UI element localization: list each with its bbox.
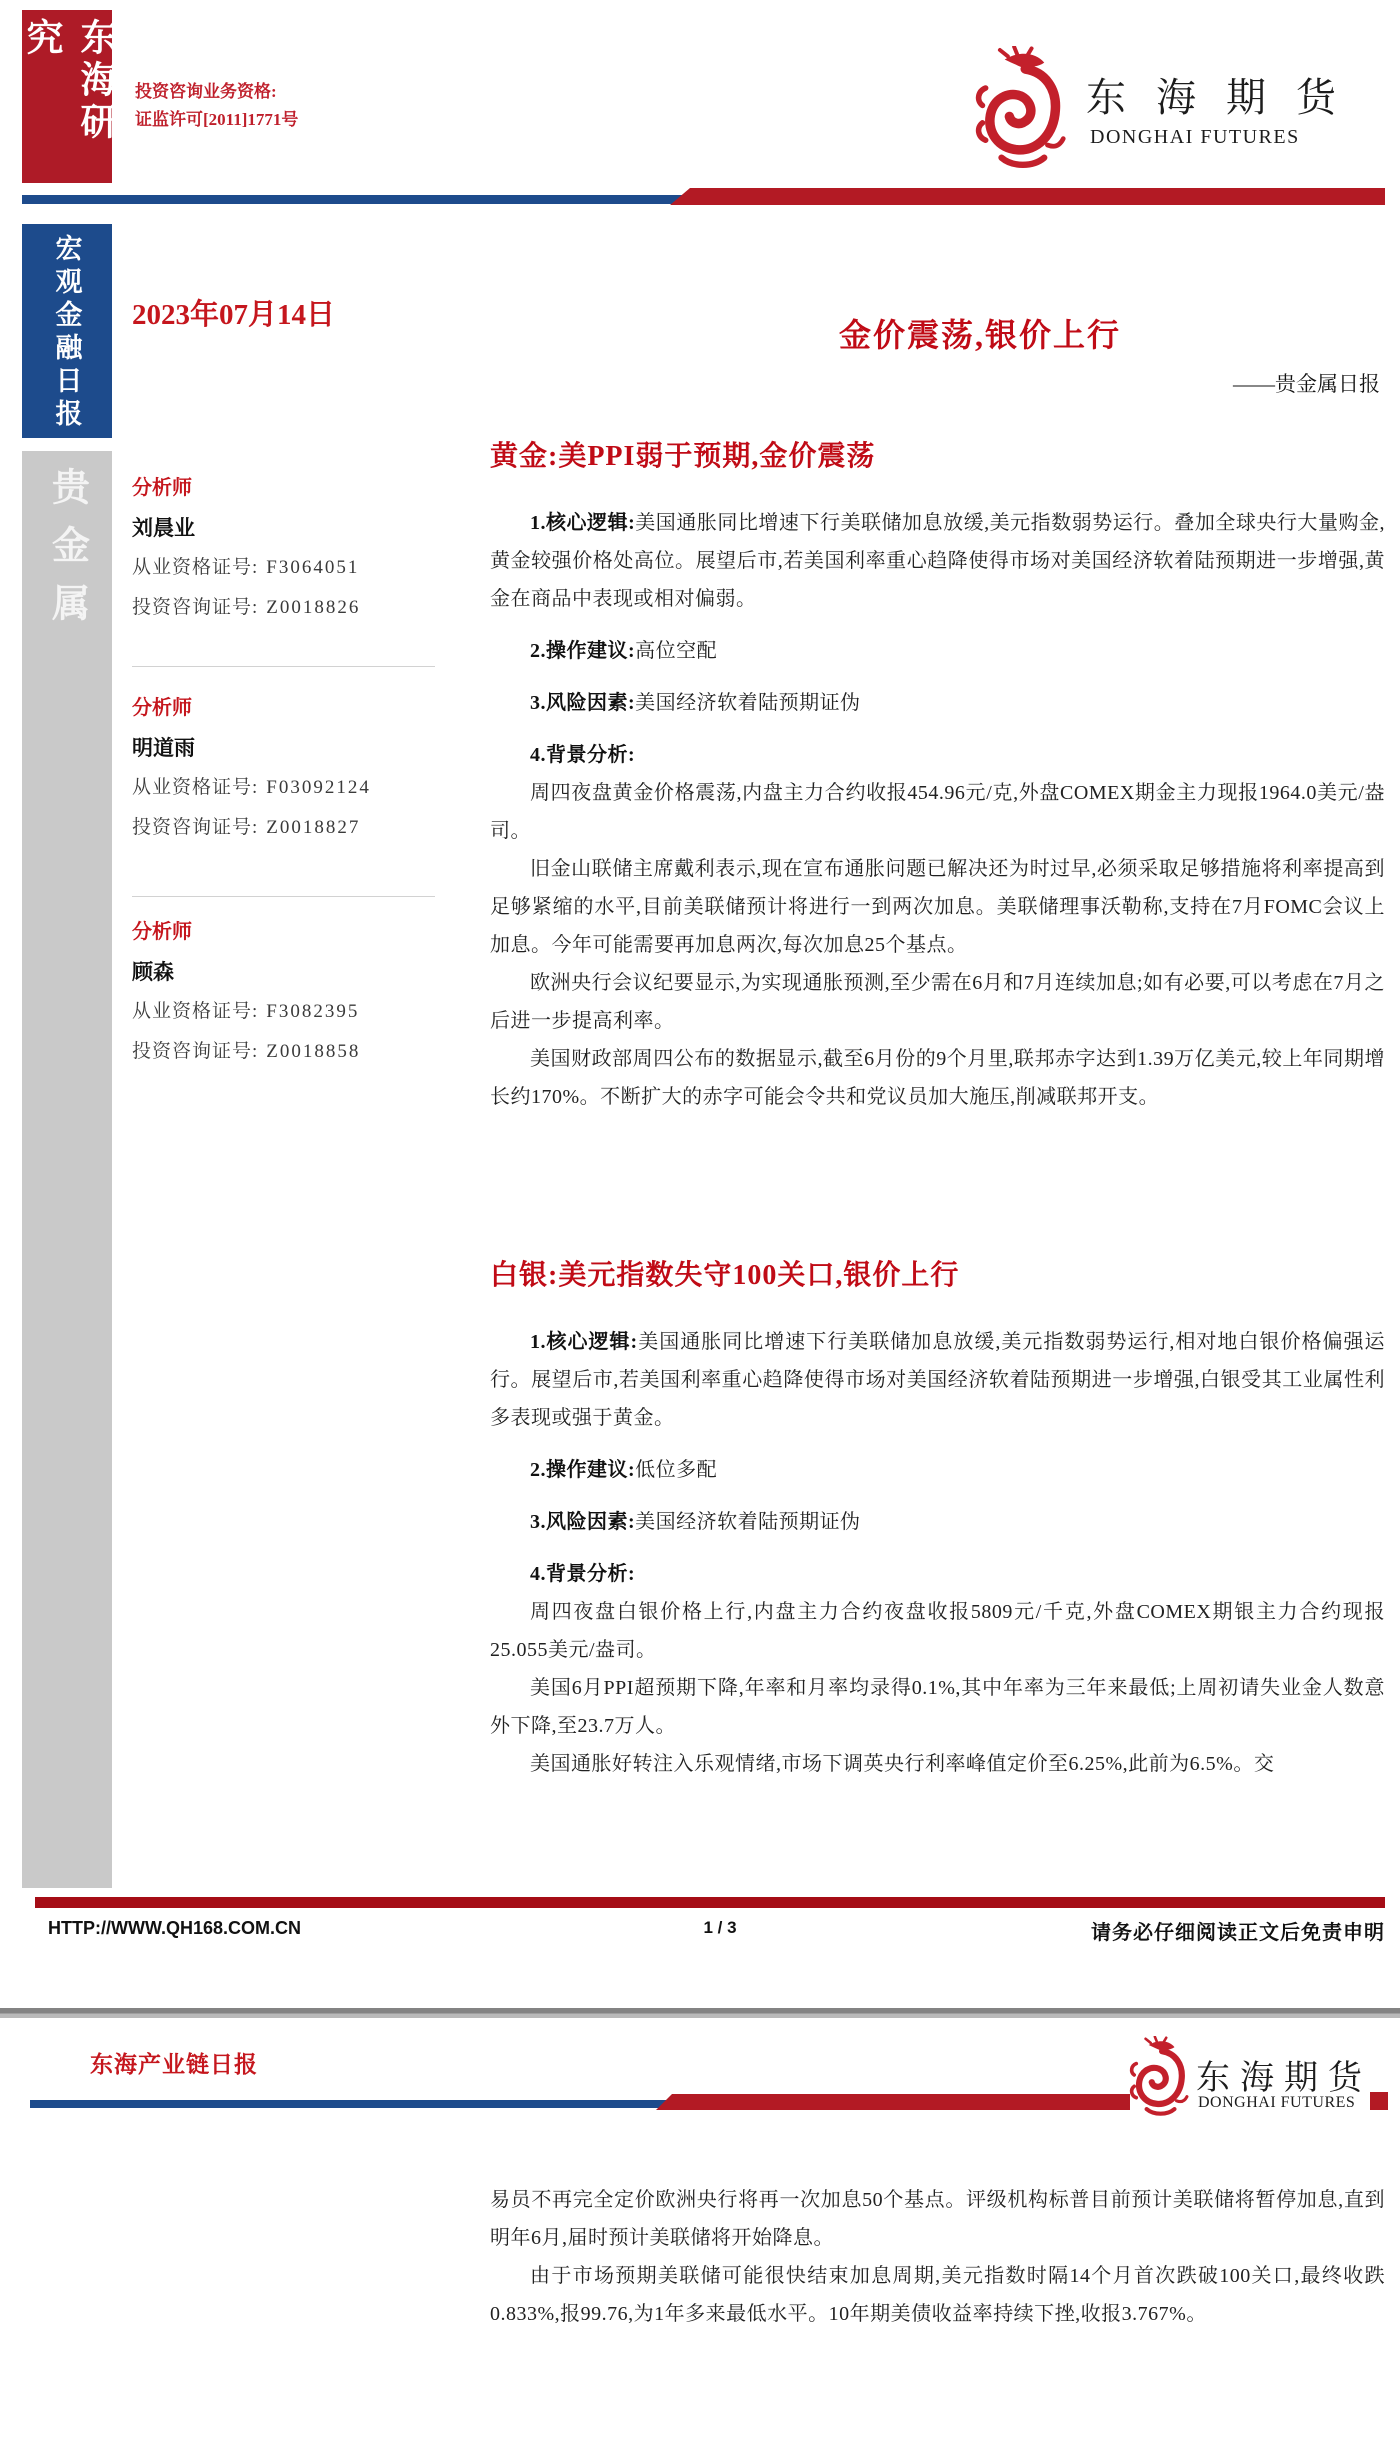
page2-body: 易员不再完全定价欧洲央行将再一次加息50个基点。评级机构标普目前预计美联储将暂停… <box>490 2181 1385 2333</box>
silver-section: 白银:美元指数失守100关口,银价上行 1.核心逻辑:美国通胀同比增速下行美联储… <box>490 1259 1385 1783</box>
item-label: 4.背景分析: <box>530 1563 635 1585</box>
analyst-name: 顾森 <box>132 952 437 992</box>
sidebar-section-label: 贵金属 <box>40 467 95 641</box>
report-subtitle: ——贵金属日报 <box>990 368 1380 398</box>
item-text: 低位多配 <box>635 1459 717 1481</box>
gold-paragraph: 欧洲央行会议纪要显示,为实现通胀预测,至少需在6月和7月连续加息;如有必要,可以… <box>490 964 1385 1040</box>
analyst-name: 刘晨业 <box>132 508 437 548</box>
logo-cn-text: 东海期货 <box>1196 2050 1372 2099</box>
advisory-number: Z0018827 <box>266 817 360 838</box>
analyst-block: 分析师 刘晨业 从业资格证号:F3064051 投资咨询证号:Z0018826 <box>132 468 437 628</box>
item-label: 1.核心逻辑: <box>530 1331 638 1353</box>
sidebar-brand-label: 东海研究 <box>13 18 121 183</box>
practice-label: 从业资格证号: <box>132 557 258 578</box>
gold-advice: 2.操作建议:高位空配 <box>490 632 1385 670</box>
practice-label: 从业资格证号: <box>132 777 258 798</box>
page-number: 1 / 3 <box>600 1918 840 1938</box>
advisory-number: Z0018858 <box>266 1041 360 1062</box>
report-date: 2023年07月14日 <box>132 292 335 333</box>
silver-paragraph: 美国通胀好转注入乐观情绪,市场下调英央行利率峰值定价至6.25%,此前为6.5%… <box>490 1745 1385 1783</box>
header-divider-blue <box>22 195 688 204</box>
analyst-practice-no: 从业资格证号:F03092124 <box>132 768 437 808</box>
item-label: 2.操作建议: <box>530 1459 635 1481</box>
footer-website: HTTP://WWW.QH168.COM.CN <box>48 1918 301 1939</box>
gold-core-logic: 1.核心逻辑:美国通胀同比增速下行美联储加息放缓,美元指数弱势运行。叠加全球央行… <box>490 504 1385 618</box>
item-text: 美国经济软着陆预期证伪 <box>635 1511 861 1533</box>
silver-risk: 3.风险因素:美国经济软着陆预期证伪 <box>490 1503 1385 1541</box>
item-label: 3.风险因素: <box>530 692 635 714</box>
sidebar-category-label: 宏观金融日报 <box>48 234 87 432</box>
gold-paragraph: 周四夜盘黄金价格震荡,内盘主力合约收报454.96元/克,外盘COMEX期金主力… <box>490 774 1385 850</box>
logo-en-text: DONGHAI FUTURES <box>1198 2094 1355 2112</box>
gold-background: 4.背景分析: <box>490 736 1385 774</box>
page2-header-title: 东海产业链日报 <box>90 2046 258 2079</box>
advisory-label: 投资咨询证号: <box>132 1041 258 1062</box>
analyst-advisory-no: 投资咨询证号:Z0018826 <box>132 588 437 628</box>
item-label: 1.核心逻辑: <box>530 512 635 534</box>
header-divider-red <box>670 188 1385 205</box>
analyst-role: 分析师 <box>132 912 437 952</box>
analyst-separator <box>132 666 435 667</box>
analyst-practice-no: 从业资格证号:F3082395 <box>132 992 437 1032</box>
silver-core-logic: 1.核心逻辑:美国通胀同比增速下行美联储加息放缓,美元指数弱势运行,相对地白银价… <box>490 1323 1385 1437</box>
license-text: 投资咨询业务资格: 证监许可[2011]1771号 <box>135 78 298 134</box>
analyst-block: 分析师 顾森 从业资格证号:F3082395 投资咨询证号:Z0018858 <box>132 912 437 1072</box>
sidebar-brand-box: 东海研究 <box>22 10 112 183</box>
footer-disclaimer: 请务必仔细阅读正文后免责申明 <box>1091 1916 1385 1945</box>
item-text: 高位空配 <box>635 640 717 662</box>
logo-cn-text: 东海期货 <box>1086 66 1366 123</box>
sidebar-category-box: 宏观金融日报 <box>22 224 112 438</box>
sidebar-section-box: 贵金属 <box>22 451 112 1888</box>
gold-risk: 3.风险因素:美国经济软着陆预期证伪 <box>490 684 1385 722</box>
analyst-block: 分析师 明道雨 从业资格证号:F03092124 投资咨询证号:Z0018827 <box>132 688 437 848</box>
report-title: 金价震荡,银价上行 <box>700 310 1260 356</box>
practice-number: F3082395 <box>266 1001 359 1022</box>
silver-heading: 白银:美元指数失守100关口,银价上行 <box>490 1259 1385 1293</box>
dragon-logo-icon <box>973 46 1068 168</box>
logo-en-text: DONGHAI FUTURES <box>1090 126 1300 149</box>
gold-heading: 黄金:美PPI弱于预期,金价震荡 <box>490 440 1385 474</box>
dragon-logo-icon <box>1128 2036 1190 2116</box>
page2-paragraph: 易员不再完全定价欧洲央行将再一次加息50个基点。评级机构标普目前预计美联储将暂停… <box>490 2181 1385 2257</box>
page2-divider-red <box>656 2094 1130 2110</box>
analyst-role: 分析师 <box>132 688 437 728</box>
license-line2: 证监许可[2011]1771号 <box>135 106 298 134</box>
gold-paragraph: 美国财政部周四公布的数据显示,截至6月份的9个月里,联邦赤字达到1.39万亿美元… <box>490 1040 1385 1116</box>
item-label: 3.风险因素: <box>530 1511 635 1533</box>
advisory-number: Z0018826 <box>266 597 360 618</box>
analyst-advisory-no: 投资咨询证号:Z0018827 <box>132 808 437 848</box>
report-page: 东海研究 宏观金融日报 贵金属 投资咨询业务资格: 证监许可[2011]1771… <box>0 0 1400 2453</box>
item-label: 2.操作建议: <box>530 640 635 662</box>
license-line1: 投资咨询业务资格: <box>135 78 298 106</box>
footer-divider <box>35 1897 1385 1908</box>
analyst-advisory-no: 投资咨询证号:Z0018858 <box>132 1032 437 1072</box>
silver-paragraph: 美国6月PPI超预期下降,年率和月率均录得0.1%,其中年率为三年来最低;上周初… <box>490 1669 1385 1745</box>
analyst-name: 明道雨 <box>132 728 437 768</box>
page2-divider-endcap <box>1370 2092 1388 2110</box>
analyst-separator <box>132 896 435 897</box>
analyst-role: 分析师 <box>132 468 437 508</box>
silver-paragraph: 周四夜盘白银价格上行,内盘主力合约夜盘收报5809元/千克,外盘COMEX期银主… <box>490 1593 1385 1669</box>
item-label: 4.背景分析: <box>530 744 635 766</box>
analyst-practice-no: 从业资格证号:F3064051 <box>132 548 437 588</box>
advisory-label: 投资咨询证号: <box>132 817 258 838</box>
gold-section: 黄金:美PPI弱于预期,金价震荡 1.核心逻辑:美国通胀同比增速下行美联储加息放… <box>490 440 1385 1116</box>
practice-label: 从业资格证号: <box>132 1001 258 1022</box>
page2-divider-blue <box>30 2100 670 2108</box>
silver-background: 4.背景分析: <box>490 1555 1385 1593</box>
page2-paragraph: 由于市场预期美联储可能很快结束加息周期,美元指数时隔14个月首次跌破100关口,… <box>490 2257 1385 2333</box>
practice-number: F3064051 <box>266 557 359 578</box>
advisory-label: 投资咨询证号: <box>132 597 258 618</box>
item-text: 美国经济软着陆预期证伪 <box>635 692 861 714</box>
silver-advice: 2.操作建议:低位多配 <box>490 1451 1385 1489</box>
page-break-band <box>0 2008 1400 2018</box>
practice-number: F03092124 <box>266 777 371 798</box>
gold-paragraph: 旧金山联储主席戴利表示,现在宣布通胀问题已解决还为时过早,必须采取足够措施将利率… <box>490 850 1385 964</box>
